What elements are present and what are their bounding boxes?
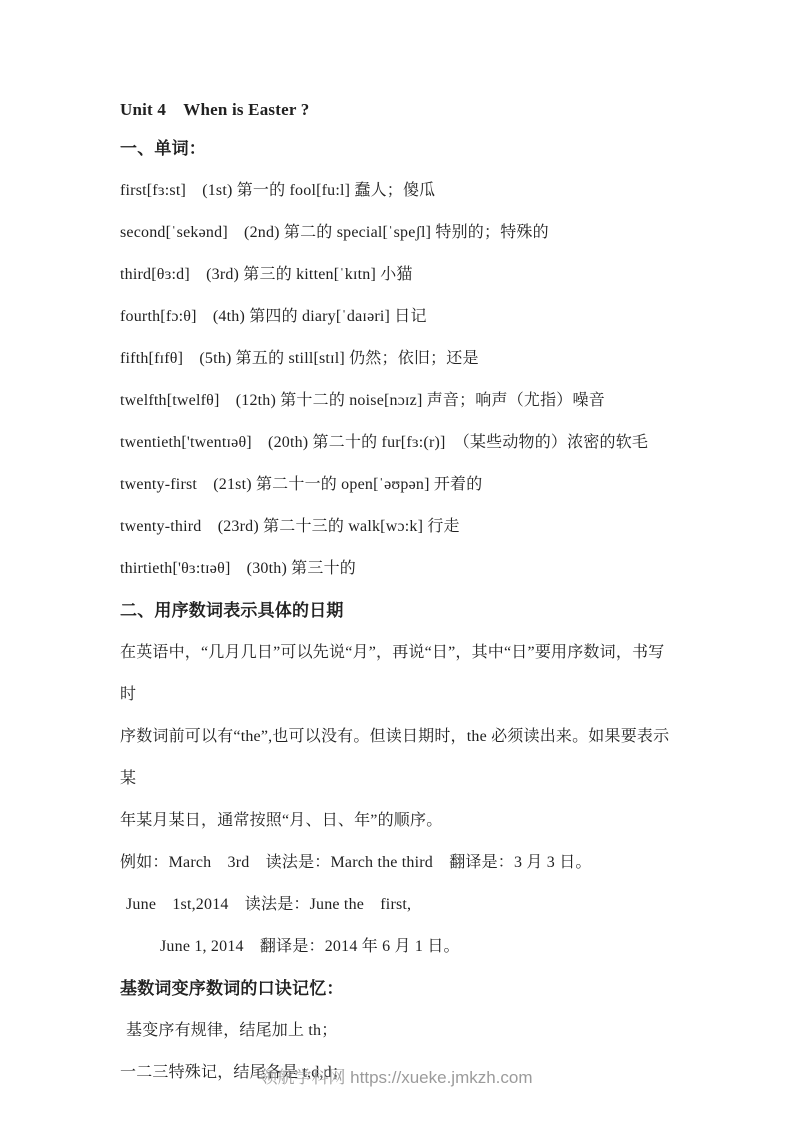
body-line: June 1, 2014 翻译是：2014 年 6 月 1 日。 — [120, 926, 676, 968]
word-line: twenty-third (23rd) 第二十三的 walk[wɔ:k] 行走 — [120, 506, 676, 548]
word-line: thirtieth['θɜ:tɪəθ] (30th) 第三十的 — [120, 548, 676, 590]
body-line: 例如：March 3rd 读法是：March the third 翻译是：3 月… — [120, 842, 676, 884]
word-line: third[θɜ:d] (3rd) 第三的 kitten[ˈkɪtn] 小猫 — [120, 254, 676, 296]
word-line: fifth[fɪfθ] (5th) 第五的 still[stɪl] 仍然；依旧；… — [120, 338, 676, 380]
document-page: Unit 4 When is Easter ? 一、单词： first[fɜ:s… — [0, 0, 793, 1122]
word-line: first[fɜ:st] (1st) 第一的 fool[fu:l] 蠢人；傻瓜 — [120, 170, 676, 212]
body-line: 年某月某日，通常按照“月、日、年”的顺序。 — [120, 800, 676, 842]
body-line: June 1st,2014 读法是：June the first, — [120, 884, 676, 926]
body-line: 序数词前可以有“the”,也可以没有。但读日期时，the 必须读出来。如果要表示… — [120, 716, 676, 800]
word-line: fourth[fɔ:θ] (4th) 第四的 diary[ˈdaɪəri] 日记 — [120, 296, 676, 338]
unit-title: Unit 4 When is Easter ? — [120, 92, 676, 128]
word-line: second[ˈsekənd] (2nd) 第二的 special[ˈspeʃl… — [120, 212, 676, 254]
word-line: twenty-first (21st) 第二十一的 open[ˈəʊpən] 开… — [120, 464, 676, 506]
body-line: 在英语中，“几月几日”可以先说“月”，再说“日”，其中“日”要用序数词，书写时 — [120, 632, 676, 716]
word-line: twelfth[twelfθ] (12th) 第十二的 noise[nɔɪz] … — [120, 380, 676, 422]
watermark-footer: 领航学科网 https://xueke.jmkzh.com — [0, 1066, 793, 1090]
section-heading-words: 一、单词： — [120, 128, 676, 170]
mnemonic-line: 基变序有规律，结尾加上 th； — [120, 1010, 676, 1052]
section-heading-dates: 二、用序数词表示具体的日期 — [120, 590, 676, 632]
document-content: Unit 4 When is Easter ? 一、单词： first[fɜ:s… — [120, 92, 676, 1094]
word-line: twentieth['twentɪəθ] (20th) 第二十的 fur[fɜ:… — [120, 422, 676, 464]
mnemonic-heading: 基数词变序数词的口诀记忆： — [120, 968, 676, 1010]
